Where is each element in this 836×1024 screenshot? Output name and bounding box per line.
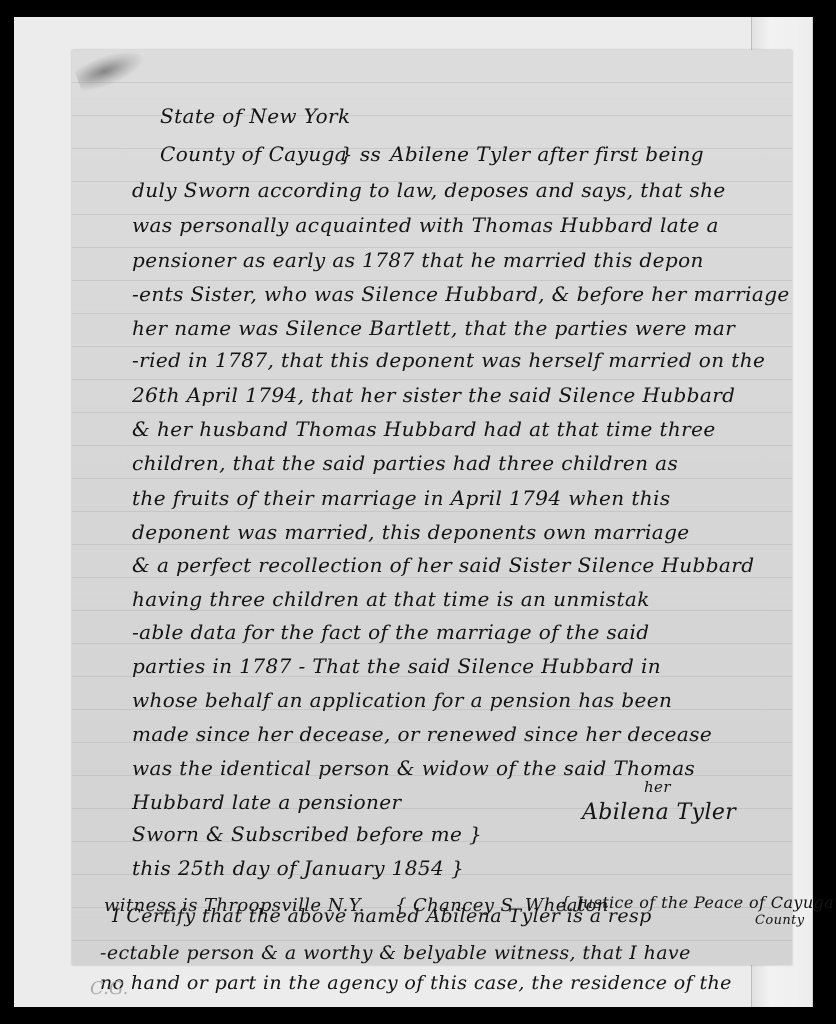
deponent-signature: Abilena Tyler	[582, 800, 736, 825]
affidavit-line: -able data for the fact of the marriage …	[132, 620, 649, 644]
affidavit-line: the fruits of their marriage in April 17…	[132, 486, 671, 510]
signature-mark: her	[644, 778, 671, 796]
affidavit-line: having three children at that time is an…	[132, 587, 650, 611]
justice-county: County	[755, 913, 805, 928]
affidavit-line: deponent was married, this deponents own…	[132, 520, 690, 544]
affidavit-line: Abilene Tyler after first being	[390, 142, 704, 166]
pencil-annotation: C.G.	[90, 978, 128, 999]
county-heading: County of Cayuga	[160, 142, 347, 166]
affidavit-line: was the identical person & widow of the …	[132, 756, 695, 780]
certification-line: no hand or part in the agency of this ca…	[100, 972, 732, 994]
affidavit-line: Hubbard late a pensioner	[132, 790, 402, 814]
affidavit-line: & her husband Thomas Hubbard had at that…	[132, 417, 716, 441]
justice-title: { Justice of the Peace of Cayuga	[560, 893, 834, 912]
affidavit-line: 26th April 1794, that her sister the sai…	[132, 383, 735, 407]
affidavit-line: made since her decease, or renewed since…	[132, 722, 712, 746]
affidavit-line: -ried in 1787, that this deponent was he…	[132, 348, 765, 372]
ss-mark: } ss	[340, 142, 381, 166]
certification-line: -ectable person & a worthy & belyable wi…	[100, 942, 691, 964]
ink-stain	[73, 43, 149, 95]
affidavit-line: whose behalf an application for a pensio…	[132, 688, 672, 712]
jurat-line: Sworn & Subscribed before me }	[132, 822, 482, 846]
affidavit-line: her name was Silence Bartlett, that the …	[132, 316, 735, 340]
affidavit-line: & a perfect recollection of her said Sis…	[132, 553, 754, 577]
state-heading: State of New York	[160, 104, 351, 128]
affidavit-line: duly Sworn according to law, deposes and…	[132, 178, 726, 202]
affidavit-line: children, that the said parties had thre…	[132, 451, 678, 475]
affidavit-line: was personally acquainted with Thomas Hu…	[132, 213, 719, 237]
affidavit-line: parties in 1787 - That the said Silence …	[132, 654, 661, 678]
affidavit-line: pensioner as early as 1787 that he marri…	[132, 248, 704, 272]
document-mount: State of New York County of Cayuga } ss …	[14, 17, 813, 1007]
affidavit-line: -ents Sister, who was Silence Hubbard, &…	[132, 282, 790, 306]
affidavit-page: State of New York County of Cayuga } ss …	[72, 50, 792, 965]
certification-witness-residence: witness is Throopsville N.Y.	[104, 895, 365, 916]
jurat-date: this 25th day of January 1854 }	[132, 856, 464, 880]
